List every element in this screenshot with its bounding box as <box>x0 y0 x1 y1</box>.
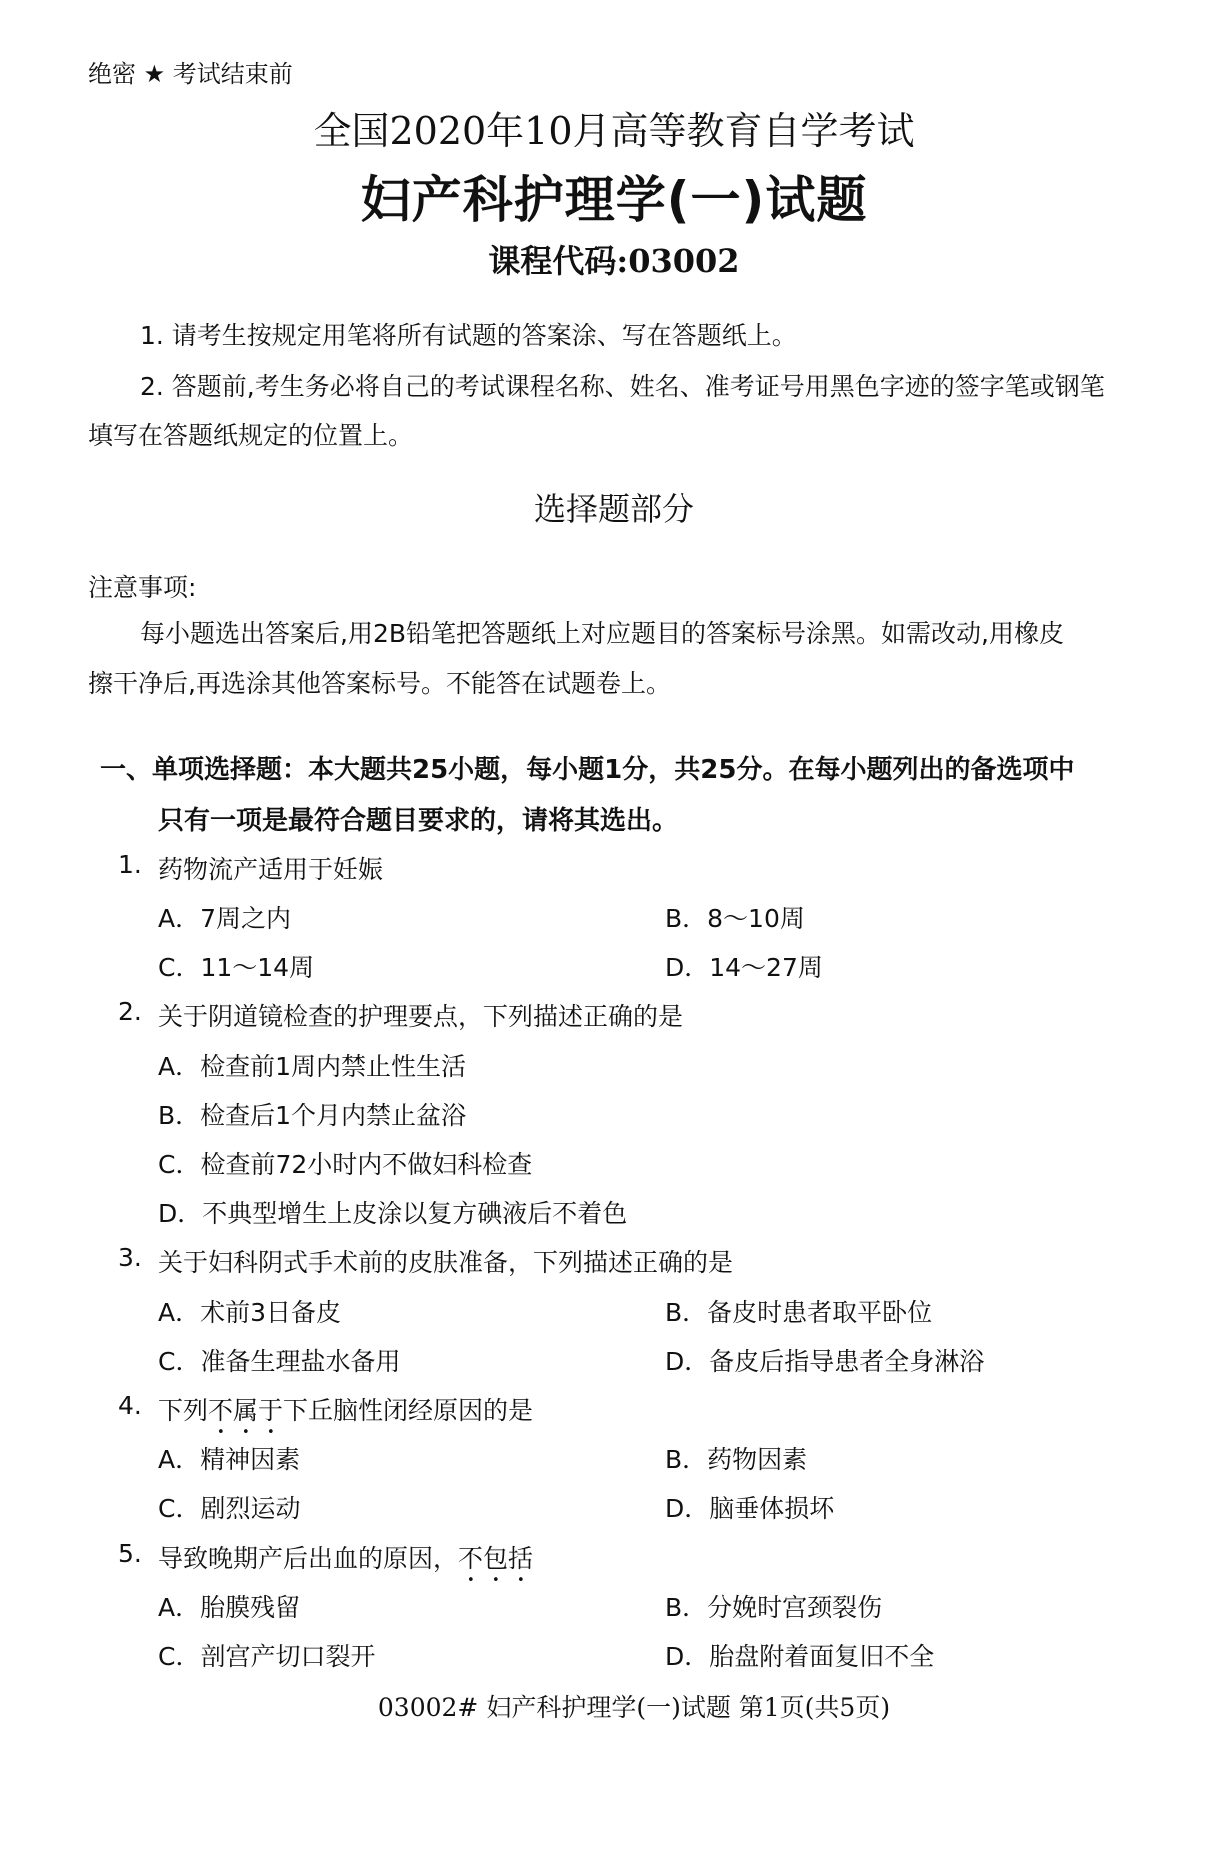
question-number: 1. <box>118 850 142 879</box>
option-a: A．7周之内 <box>158 899 291 935</box>
option-b: B．备皮时患者取平卧位 <box>665 1293 932 1329</box>
option-d: D．脑垂体损坏 <box>665 1489 834 1525</box>
option-b: B．检查后1个月内禁止盆浴 <box>158 1096 466 1132</box>
question-stem: 关于阴道镜检查的护理要点，下列描述正确的是 <box>158 997 683 1033</box>
question-stem: 关于妇科阴式手术前的皮肤准备，下列描述正确的是 <box>158 1243 733 1279</box>
stem-pre: 下列 <box>158 1396 208 1425</box>
question-stem: 药物流产适用于妊娠 <box>158 850 383 886</box>
part-title: 选择题部分 <box>0 484 1228 530</box>
confidential-label: 绝密 ★ 考试结束前 <box>88 54 293 89</box>
subject-title: 妇产科护理学(一)试题 <box>0 160 1228 232</box>
option-c: C．检查前72小时内不做妇科检查 <box>158 1145 532 1181</box>
page-footer: 03002# 妇产科护理学(一)试题 第1页(共5页) <box>0 1688 1228 1724</box>
question-stem: 下列不属于下丘脑性闭经原因的是 <box>158 1391 533 1440</box>
note-label: 注意事项: <box>88 568 196 604</box>
note-line-1: 每小题选出答案后,用2B铅笔把答题纸上对应题目的答案标号涂黑。如需改动,用橡皮 <box>140 614 1064 650</box>
stem-emphasis: 不属于 <box>208 1396 283 1425</box>
instruction-2-cont: 填写在答题纸规定的位置上。 <box>88 416 413 452</box>
option-a: A．检查前1周内禁止性生活 <box>158 1047 466 1083</box>
option-d: D．14～27周 <box>665 948 823 984</box>
option-b: B．8～10周 <box>665 899 805 935</box>
option-d: D．胎盘附着面复旧不全 <box>665 1637 934 1673</box>
option-d: D．备皮后指导患者全身淋浴 <box>665 1342 984 1378</box>
option-a: A．精神因素 <box>158 1440 300 1476</box>
course-code: 课程代码:03002 <box>0 236 1228 282</box>
option-b: B．药物因素 <box>665 1440 807 1476</box>
question-number: 2. <box>118 997 142 1026</box>
instruction-1: 1. 请考生按规定用笔将所有试题的答案涂、写在答题纸上。 <box>140 316 797 352</box>
note-line-2: 擦干净后,再选涂其他答案标号。不能答在试题卷上。 <box>88 664 671 700</box>
question-number: 4. <box>118 1391 142 1420</box>
option-d: D．不典型增生上皮涂以复方碘液后不着色 <box>158 1194 627 1230</box>
option-a: A．术前3日备皮 <box>158 1293 341 1329</box>
exam-title: 全国2020年10月高等教育自学考试 <box>0 100 1228 155</box>
option-a: A．胎膜残留 <box>158 1588 300 1624</box>
question-stem: 导致晚期产后出血的原因，不包括 <box>158 1539 533 1588</box>
option-c: C．11～14周 <box>158 948 314 984</box>
section-heading-cont: 只有一项是最符合题目要求的，请将其选出。 <box>158 800 678 837</box>
question-number: 5. <box>118 1539 142 1568</box>
option-c: C．剖宫产切口裂开 <box>158 1637 375 1673</box>
stem-emphasis: 不包括 <box>458 1544 533 1573</box>
stem-pre: 导致晚期产后出血的原因， <box>158 1544 458 1573</box>
instruction-2: 2. 答题前,考生务必将自己的考试课程名称、姓名、准考证号用黑色字迹的签字笔或钢… <box>140 367 1105 403</box>
section-heading: 一、单项选择题：本大题共25小题，每小题1分，共25分。在每小题列出的备选项中 <box>100 749 1074 786</box>
stem-post: 下丘脑性闭经原因的是 <box>283 1396 533 1425</box>
option-c: C．准备生理盐水备用 <box>158 1342 400 1378</box>
question-number: 3. <box>118 1243 142 1272</box>
option-b: B．分娩时宫颈裂伤 <box>665 1588 882 1624</box>
option-c: C．剧烈运动 <box>158 1489 300 1525</box>
